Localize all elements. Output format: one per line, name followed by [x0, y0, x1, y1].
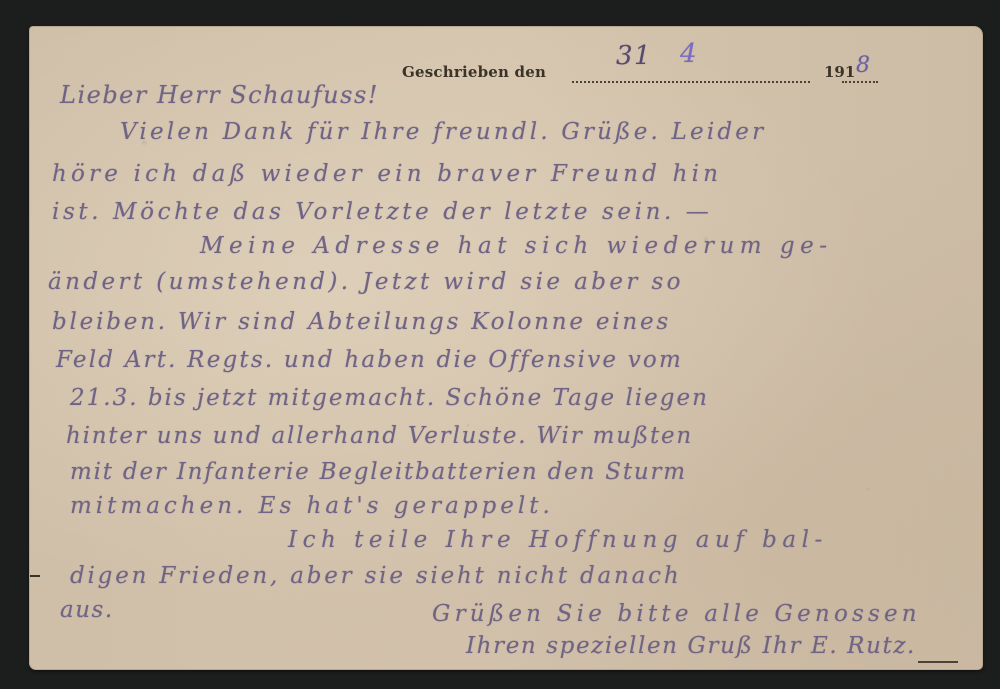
letter-line: ist. Möchte das Vorletzte der letzte sei…	[52, 199, 712, 225]
card-edge-mark	[30, 575, 40, 577]
year-dotted-line	[842, 81, 878, 83]
handwritten-year-suffix: 8	[856, 53, 872, 78]
letter-line: mitmachen. Es hat's gerappelt.	[70, 493, 554, 519]
letter-line: bleiben. Wir sind Abteilungs Kolonne ein…	[52, 309, 671, 335]
letter-line: Ich teile Ihre Hoffnung auf bal-	[288, 527, 828, 553]
handwritten-date-month: 4	[680, 39, 698, 69]
letter-signature-line: Ihren speziellen Gruß Ihr E. Rutz.	[466, 633, 916, 659]
letter-line: 21.3. bis jetzt mitgemacht. Schöne Tage …	[70, 385, 709, 411]
printed-date-label: Geschrieben den	[402, 63, 546, 81]
letter-line: aus.	[60, 597, 114, 623]
postcard: Geschrieben den 31 4 191 8 Lieber Herr S…	[30, 27, 982, 669]
scanner-background: Geschrieben den 31 4 191 8 Lieber Herr S…	[0, 0, 1000, 689]
letter-line: höre ich daß wieder ein braver Freund hi…	[52, 161, 722, 187]
letter-line: Meine Adresse hat sich wiederum ge-	[200, 233, 833, 259]
letter-line: hinter uns und allerhand Verluste. Wir m…	[66, 423, 693, 449]
date-dotted-line	[572, 81, 810, 83]
letter-line: Feld Art. Regts. und haben die Offensive…	[56, 347, 683, 373]
card-edge-mark	[918, 661, 958, 663]
letter-line: mit der Infanterie Begleitbatterien den …	[70, 459, 687, 485]
letter-line: Vielen Dank für Ihre freundl. Grüße. Lei…	[120, 119, 766, 145]
printed-year-prefix: 191	[824, 63, 855, 81]
letter-line: digen Frieden, aber sie sieht nicht dana…	[70, 563, 681, 589]
letter-line: ändert (umstehend). Jetzt wird sie aber …	[48, 269, 684, 295]
handwritten-date-day: 31	[616, 41, 652, 71]
letter-line: Grüßen Sie bitte alle Genossen	[432, 601, 921, 627]
letter-salutation: Lieber Herr Schaufuss!	[60, 81, 379, 109]
